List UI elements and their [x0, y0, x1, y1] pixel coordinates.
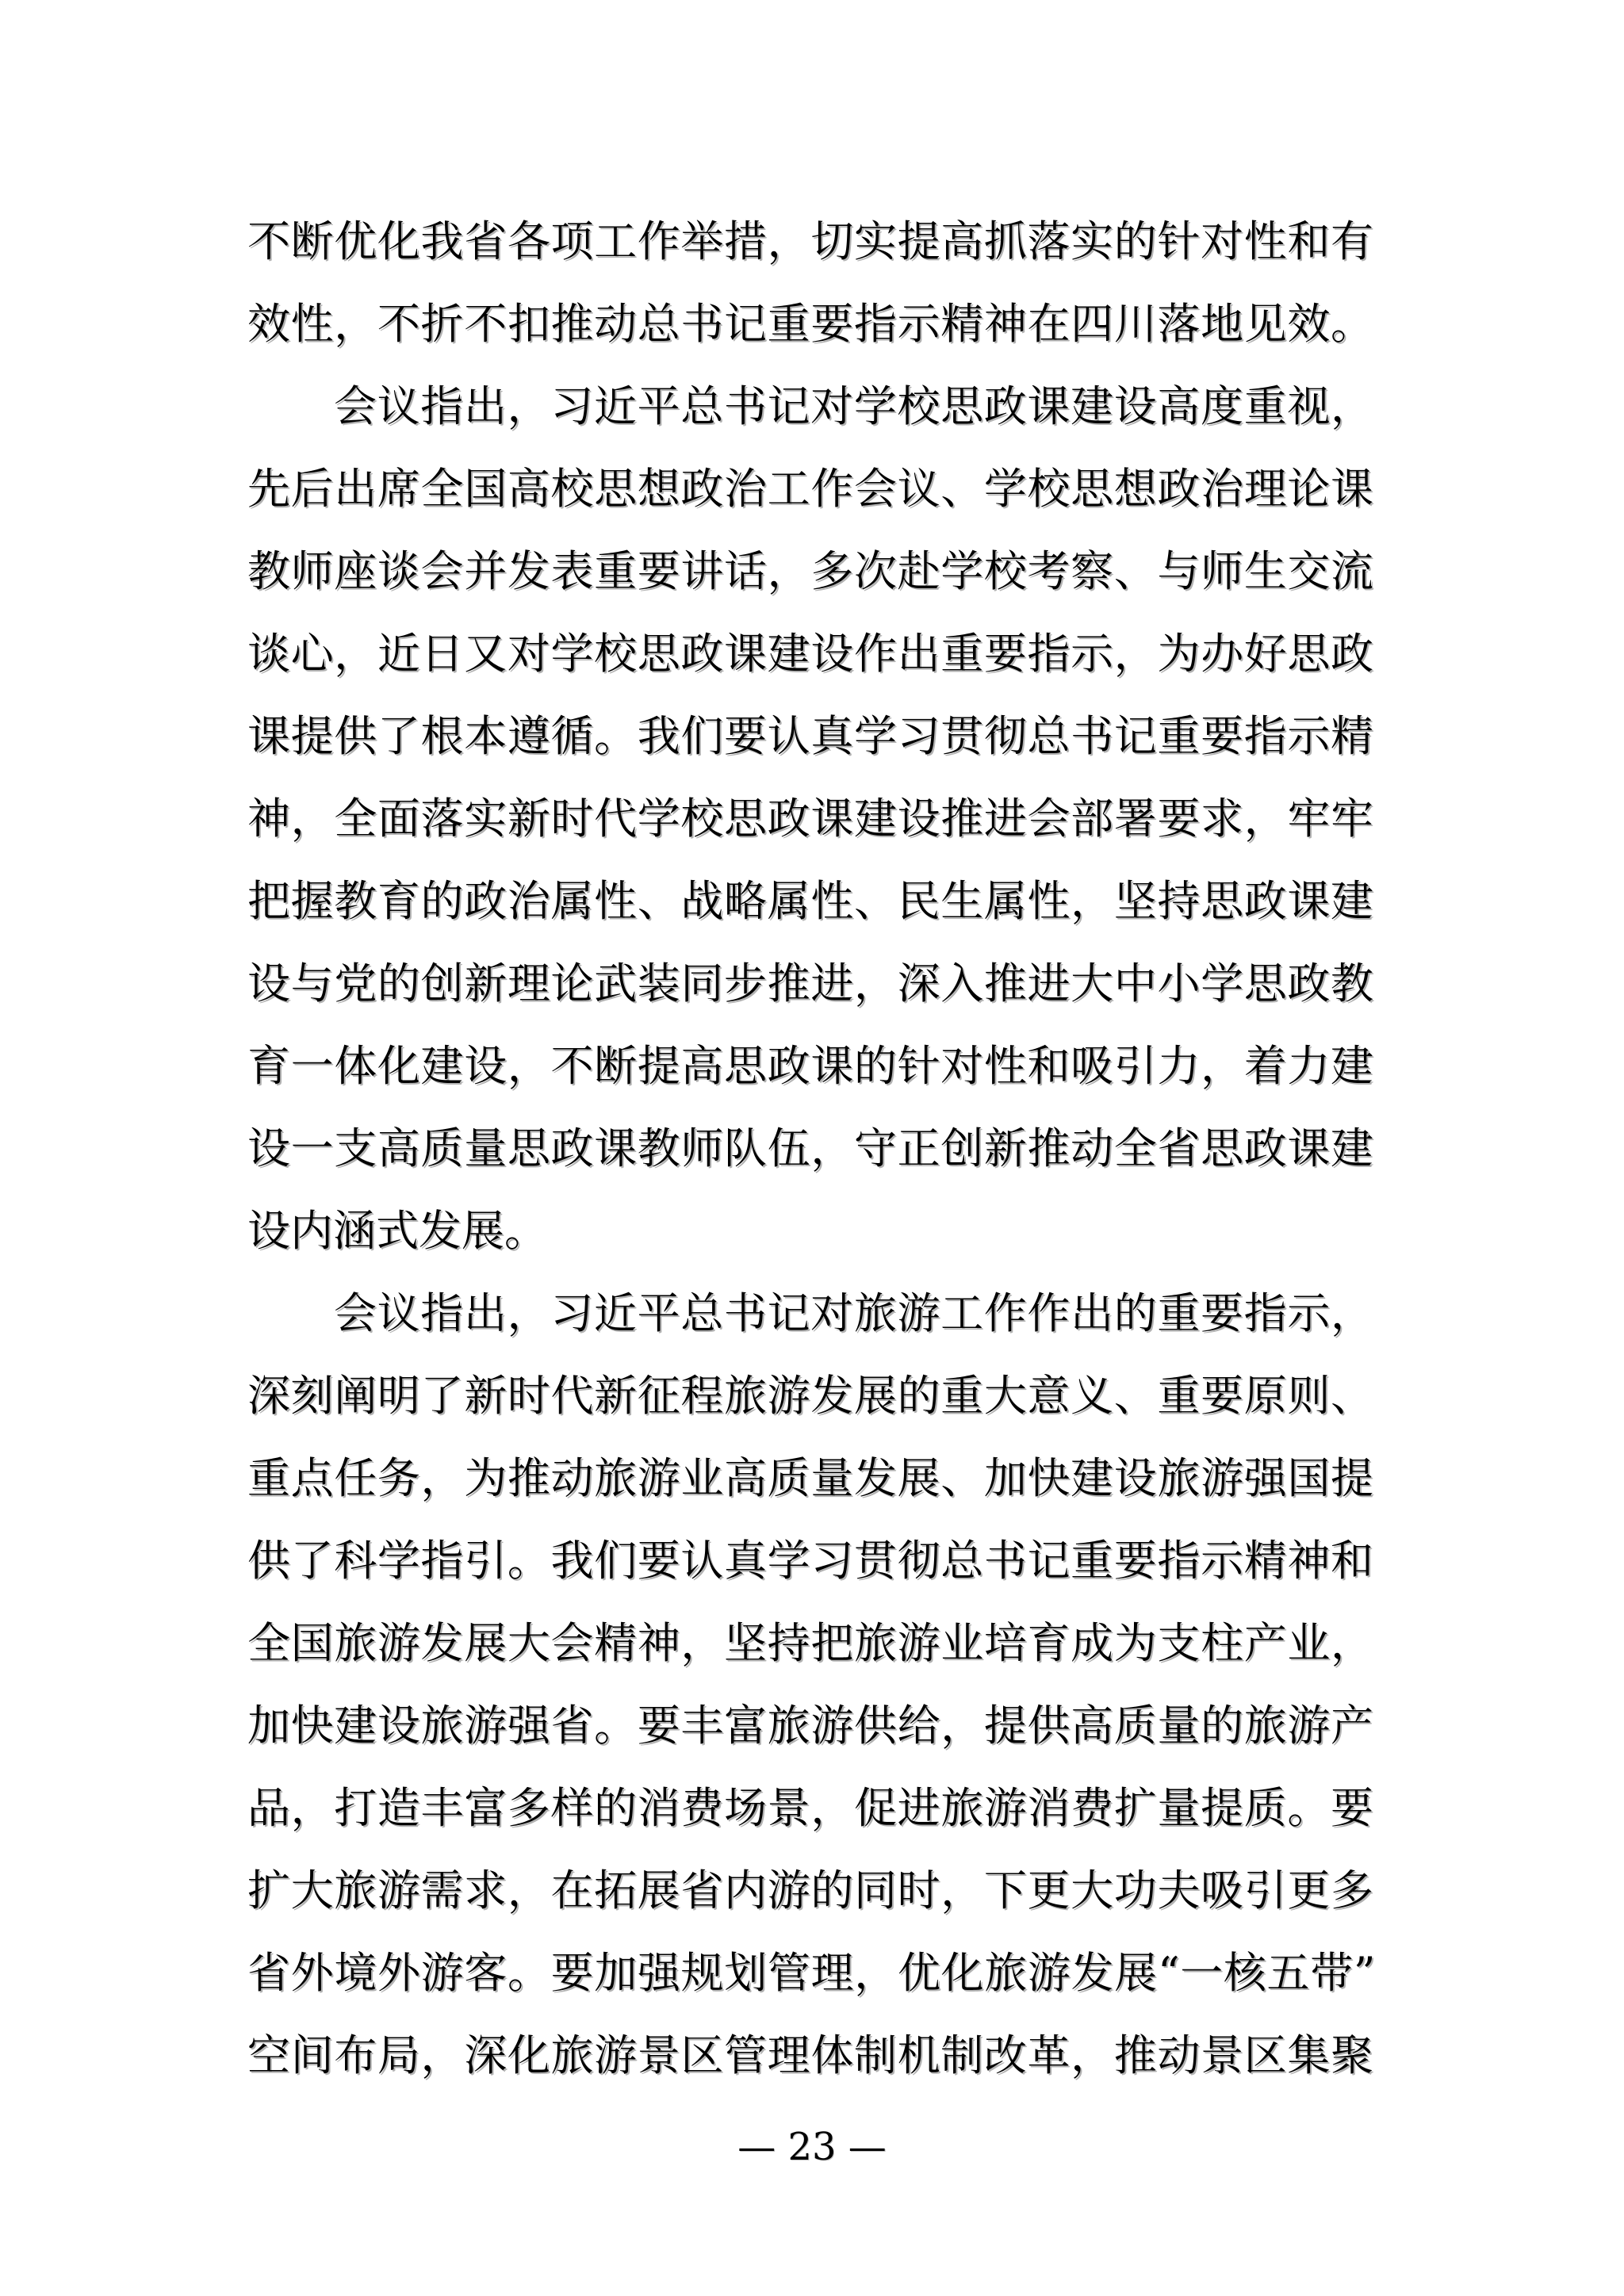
- body-line: 不断优化我省各项工作举措，切实提高抓落实的针对性和有: [247, 201, 1373, 283]
- body-line: 把握教育的政治属性、战略属性、民生属性，坚持思政课建: [247, 860, 1373, 943]
- body-line: 加快建设旅游强省。要丰富旅游供给，提供高质量的旅游产: [247, 1685, 1373, 1767]
- body-line: 全国旅游发展大会精神，坚持把旅游业培育成为支柱产业，: [247, 1602, 1373, 1685]
- page-footer: — 23 —: [0, 2123, 1624, 2171]
- body-line: 先后出席全国高校思想政治工作会议、学校思想政治理论课: [247, 448, 1373, 530]
- body-line: 品，打造丰富多样的消费场景，促进旅游消费扩量提质。要: [247, 1767, 1373, 1850]
- body-line: 课提供了根本遵循。我们要认真学习贯彻总书记重要指示精: [247, 695, 1373, 778]
- body-line: 设一支高质量思政课教师队伍，守正创新推动全省思政课建: [247, 1108, 1373, 1190]
- body-line: 供了科学指引。我们要认真学习贯彻总书记重要指示精神和: [247, 1520, 1373, 1602]
- body-line: 效性，不折不扣推动总书记重要指示精神在四川落地见效。: [247, 283, 1373, 365]
- body-line: 扩大旅游需求，在拓展省内游的同时，下更大功夫吸引更多: [247, 1850, 1373, 1932]
- body-line: 深刻阐明了新时代新征程旅游发展的重大意义、重要原则、: [247, 1355, 1373, 1437]
- body-line: 空间布局，深化旅游景区管理体制机制改革，推动景区集聚: [247, 2015, 1373, 2097]
- document-body: 不断优化我省各项工作举措，切实提高抓落实的针对性和有 效性，不折不扣推动总书记重…: [247, 201, 1373, 2097]
- body-line: 重点任务，为推动旅游业高质量发展、加快建设旅游强国提: [247, 1437, 1373, 1520]
- body-line: 育一体化建设，不断提高思政课的针对性和吸引力，着力建: [247, 1025, 1373, 1108]
- body-line: 谈心，近日又对学校思政课建设作出重要指示，为办好思政: [247, 613, 1373, 695]
- body-line: 会议指出，习近平总书记对旅游工作作出的重要指示，: [247, 1272, 1373, 1355]
- body-line: 神，全面落实新时代学校思政课建设推进会部署要求，牢牢: [247, 778, 1373, 860]
- document-page: 不断优化我省各项工作举措，切实提高抓落实的针对性和有 效性，不折不扣推动总书记重…: [0, 0, 1624, 2296]
- body-line: 设与党的创新理论武装同步推进，深入推进大中小学思政教: [247, 943, 1373, 1025]
- body-line: 教师座谈会并发表重要讲话，多次赴学校考察、与师生交流: [247, 530, 1373, 613]
- body-line: 会议指出，习近平总书记对学校思政课建设高度重视，: [247, 365, 1373, 448]
- page-number: — 23 —: [737, 2125, 887, 2169]
- body-line: 设内涵式发展。: [247, 1190, 1373, 1272]
- body-line: 省外境外游客。要加强规划管理，优化旅游发展“一核五带”: [247, 1932, 1373, 2015]
